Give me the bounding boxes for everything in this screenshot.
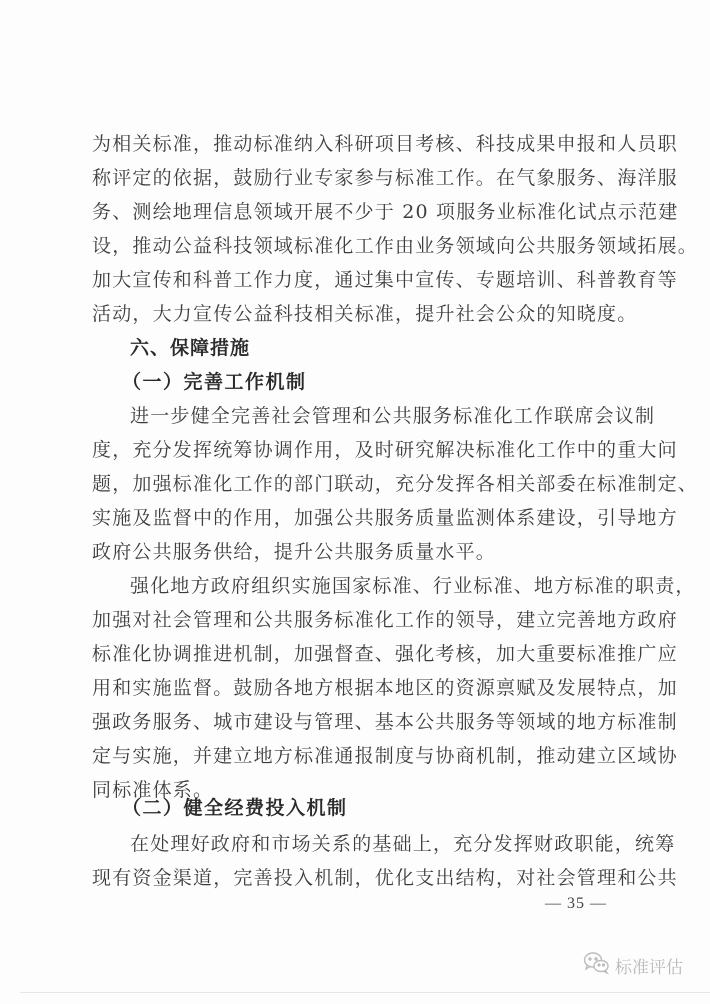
paragraph-line: 加大宣传和科普工作力度，通过集中宣传、专题培训、科普教育等: [92, 263, 632, 297]
paragraph-line: 现有资金渠道，完善投入机制，优化支出结构，对社会管理和公共: [92, 861, 632, 895]
bottom-divider: [20, 992, 710, 993]
paragraph-line: 用和实施监督。鼓励各地方根据本地区的资源禀赋及发展特点，加: [92, 671, 632, 705]
subsection-heading: （一）完善工作机制: [122, 365, 307, 399]
paragraph-line: 强化地方政府组织实施国家标准、行业标准、地方标准的职责，: [130, 569, 632, 603]
paragraph-line: 加强对社会管理和公共服务标准化工作的领导，建立完善地方政府: [92, 603, 632, 637]
paragraph-line: 为相关标准，推动标准纳入科研项目考核、科技成果申报和人员职: [92, 127, 632, 161]
paragraph-line: 定与实施，并建立地方标准通报制度与协商机制，推动建立区域协: [92, 739, 632, 773]
watermark-text: 标准评估: [615, 953, 683, 978]
document-page: 为相关标准，推动标准纳入科研项目考核、科技成果申报和人员职 称评定的依据，鼓励行…: [0, 0, 710, 1004]
paragraph-line: 题，加强标准化工作的部门联动，充分发挥各相关部委在标准制定、: [92, 467, 632, 501]
watermark: 标准评估: [583, 950, 683, 980]
page-number: — 35 —: [545, 895, 607, 913]
paragraph-line: 实施及监督中的作用，加强公共服务质量监测体系建设，引导地方: [92, 501, 632, 535]
paragraph-line: 设，推动公益科技领域标准化工作由业务领域向公共服务领域拓展。: [92, 229, 632, 263]
paragraph-line: 活动，大力宣传公益科技相关标准，提升社会公众的知晓度。: [92, 297, 632, 331]
paragraph-line: 务、测绘地理信息领域开展不少于 20 项服务业标准化试点示范建: [92, 195, 632, 229]
subsection-heading: （二）健全经费投入机制: [122, 791, 348, 825]
paragraph-line: 度，充分发挥统筹协调作用，及时研究解决标准化工作中的重大问: [92, 433, 632, 467]
paragraph-line: 称评定的依据，鼓励行业专家参与标准工作。在气象服务、海洋服: [92, 161, 632, 195]
paragraph-line: 在处理好政府和市场关系的基础上，充分发挥财政职能，统筹: [130, 827, 632, 861]
paragraph-line: 政府公共服务供给，提升公共服务质量水平。: [92, 535, 632, 569]
wechat-icon: [583, 951, 611, 980]
section-heading: 六、保障措施: [130, 331, 250, 365]
paragraph-line: 强政务服务、城市建设与管理、基本公共服务等领域的地方标准制: [92, 705, 632, 739]
paragraph-line: 标准化协调推进机制，加强督查、强化考核，加大重要标准推广应: [92, 637, 632, 671]
paragraph-line: 进一步健全完善社会管理和公共服务标准化工作联席会议制: [130, 399, 632, 433]
